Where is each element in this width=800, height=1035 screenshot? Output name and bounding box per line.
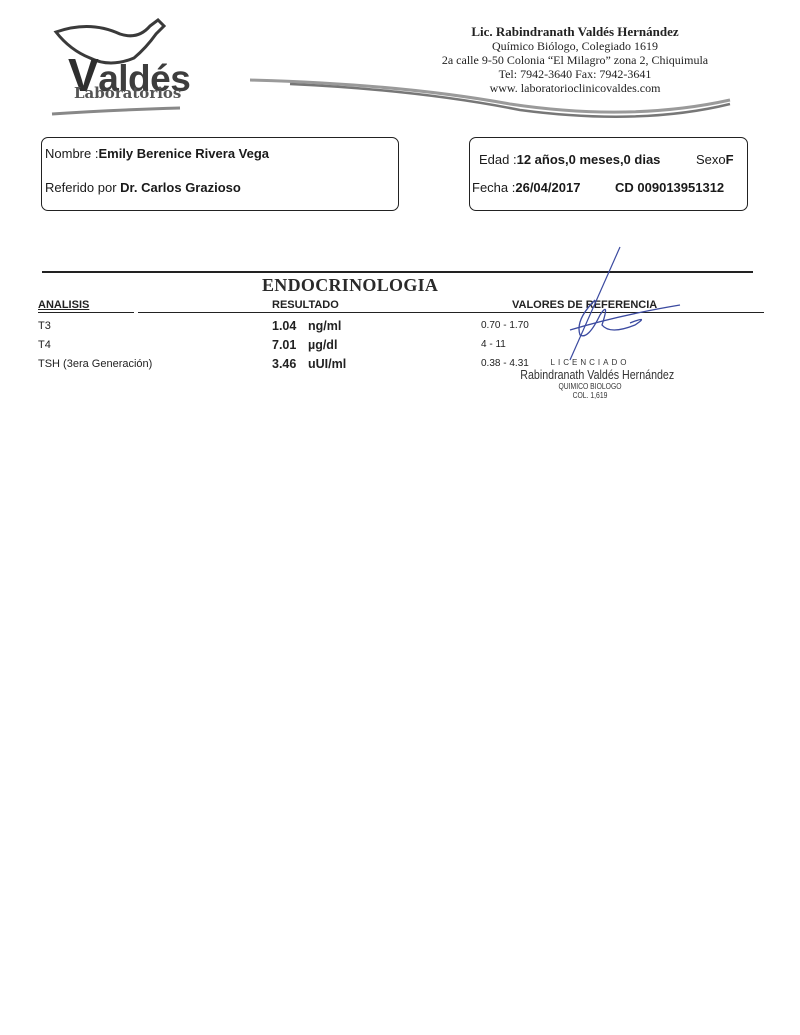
patient-name: Emily Berenice Rivera Vega bbox=[98, 146, 269, 161]
sex-field: SexoF bbox=[696, 152, 734, 167]
header-address: 2a calle 9-50 Colonia “El Milagro” zona … bbox=[400, 53, 750, 67]
stamp-role: QUIMICO BIOLOGO bbox=[518, 382, 663, 391]
report-date: 26/04/2017 bbox=[515, 180, 580, 195]
signature-icon bbox=[540, 245, 690, 365]
header-website: www. laboratorioclinicovaldes.com bbox=[400, 81, 750, 95]
lab-header: Lic. Rabindranath Valdés Hernández Quími… bbox=[400, 24, 750, 95]
referred-field: Referido por Dr. Carlos Grazioso bbox=[45, 180, 241, 195]
section-title: ENDOCRINOLOGIA bbox=[262, 275, 438, 296]
stamp: LICENCIADO Rabindranath Valdés Hernández… bbox=[505, 358, 675, 400]
analysis-underline bbox=[38, 312, 134, 313]
header-title: Químico Biólogo, Colegiado 1619 bbox=[400, 39, 750, 53]
cd-number: 009013951312 bbox=[637, 180, 724, 195]
header-name: Lic. Rabindranath Valdés Hernández bbox=[400, 24, 750, 39]
info-box: Edad :12 años,0 meses,0 dias SexoF Fecha… bbox=[469, 137, 748, 211]
col-result: RESULTADO bbox=[272, 299, 339, 311]
col-analysis: ANALISIS bbox=[38, 299, 89, 311]
logo-subtitle: Laboratorios bbox=[74, 84, 181, 102]
date-field: Fecha :26/04/2017 bbox=[472, 180, 580, 195]
logo-wave-icon bbox=[50, 106, 200, 118]
patient-sex: F bbox=[726, 152, 734, 167]
patient-name-field: Nombre :Emily Berenice Rivera Vega bbox=[45, 146, 269, 161]
stamp-col: COL. 1,619 bbox=[518, 391, 663, 400]
stamp-name: Rabindranath Valdés Hernández bbox=[520, 367, 659, 382]
age-field: Edad :12 años,0 meses,0 dias bbox=[479, 152, 660, 167]
cd-field: CD 009013951312 bbox=[615, 180, 724, 195]
referred-doctor: Dr. Carlos Grazioso bbox=[120, 180, 241, 195]
lab-logo: Valdés Laboratorios bbox=[50, 18, 200, 118]
header-phone: Tel: 7942-3640 Fax: 7942-3641 bbox=[400, 67, 750, 81]
stamp-title: LICENCIADO bbox=[505, 358, 675, 367]
patient-box: Nombre :Emily Berenice Rivera Vega Refer… bbox=[41, 137, 399, 211]
patient-age: 12 años,0 meses,0 dias bbox=[517, 152, 661, 167]
